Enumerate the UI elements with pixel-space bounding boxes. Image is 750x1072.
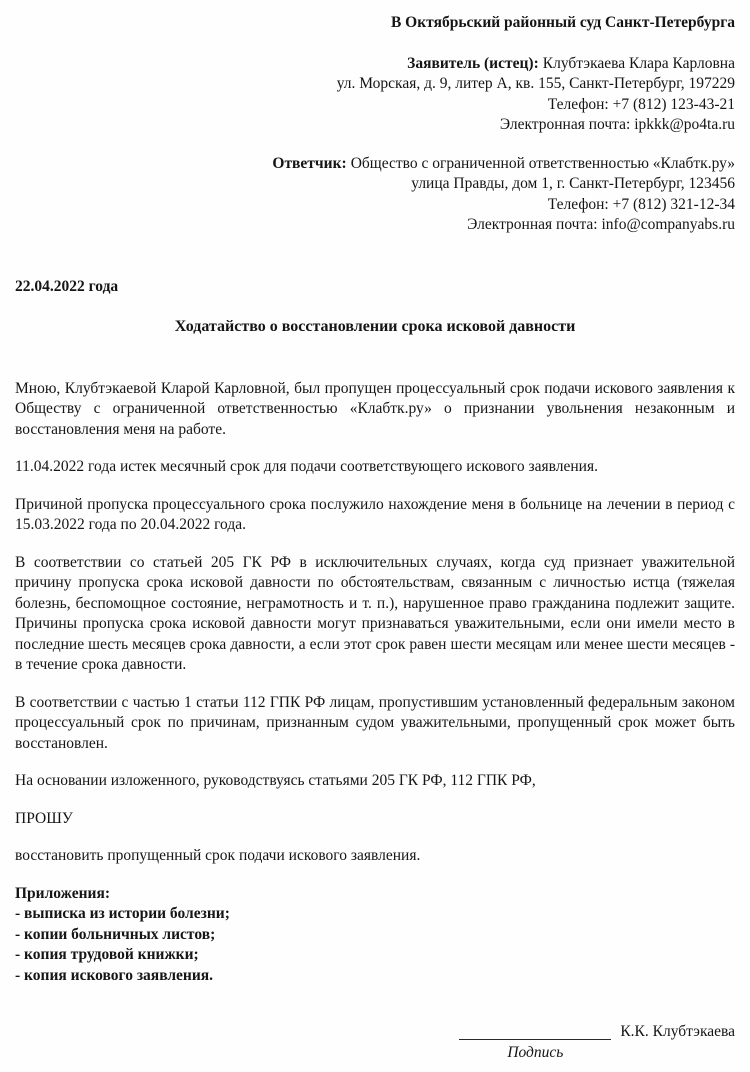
document-body: Мною, Клубтэкаевой Кларой Карловной, был… xyxy=(15,379,735,1064)
attachments-section: Приложения: - выписка из истории болезни… xyxy=(15,884,735,987)
signature-block: Подпись К.К. Клубтэкаева xyxy=(15,1020,735,1064)
claimant-name: Клубтэкаева Клара Карловна xyxy=(543,55,735,72)
request-text: восстановить пропущенный срок подачи иск… xyxy=(15,846,735,867)
paragraph: В соответствии со статьей 205 ГК РФ в ис… xyxy=(15,553,735,676)
respondent-name: Общество с ограниченной ответственностью… xyxy=(351,155,735,172)
claimant-name-line: Заявитель (истец):Клубтэкаева Клара Карл… xyxy=(15,54,735,75)
document-date: 22.04.2022 года xyxy=(15,277,735,298)
claimant-phone: Телефон: +7 (812) 123-43-21 xyxy=(15,95,735,116)
document-title: Ходатайство о восстановлении срока исков… xyxy=(15,317,735,338)
respondent-address: улица Правды, дом 1, г. Санкт-Петербург,… xyxy=(15,174,735,195)
respondent-email: Электронная почта: info@companyabs.ru xyxy=(15,215,735,236)
claimant-label: Заявитель (истец): xyxy=(407,55,539,72)
court-name: В Октябрьский районный суд Санкт-Петербу… xyxy=(15,13,735,34)
claimant-block: Заявитель (истец):Клубтэкаева Клара Карл… xyxy=(15,54,735,136)
attachment-item: - копия трудовой книжки; xyxy=(15,945,735,966)
claimant-address: ул. Морская, д. 9, литер А, кв. 155, Сан… xyxy=(15,74,735,95)
legal-document-page: В Октябрьский районный суд Санкт-Петербу… xyxy=(0,0,750,1072)
signature-caption: Подпись xyxy=(459,1040,611,1064)
respondent-label: Ответчик: xyxy=(272,155,346,172)
signature-column: Подпись xyxy=(459,1020,611,1064)
signature-line xyxy=(459,1020,611,1040)
attachment-item: - копия искового заявления. xyxy=(15,966,735,987)
paragraph: На основании изложенного, руководствуясь… xyxy=(15,771,735,792)
paragraph: Причиной пропуска процессуального срока … xyxy=(15,495,735,536)
attachment-item: - копии больничных листов; xyxy=(15,925,735,946)
respondent-name-line: Ответчик:Общество с ограниченной ответст… xyxy=(15,154,735,175)
paragraph: Мною, Клубтэкаевой Кларой Карловной, был… xyxy=(15,379,735,441)
paragraph: В соответствии с частью 1 статьи 112 ГПК… xyxy=(15,693,735,755)
request-heading: ПРОШУ xyxy=(15,809,735,830)
signature-name: К.К. Клубтэкаева xyxy=(620,1020,735,1044)
respondent-block: Ответчик:Общество с ограниченной ответст… xyxy=(15,154,735,236)
paragraph: 11.04.2022 года истек месячный срок для … xyxy=(15,457,735,478)
attachments-heading: Приложения: xyxy=(15,884,735,905)
respondent-phone: Телефон: +7 (812) 321-12-34 xyxy=(15,195,735,216)
claimant-email: Электронная почта: ipkkk@po4ta.ru xyxy=(15,115,735,136)
attachment-item: - выписка из истории болезни; xyxy=(15,904,735,925)
